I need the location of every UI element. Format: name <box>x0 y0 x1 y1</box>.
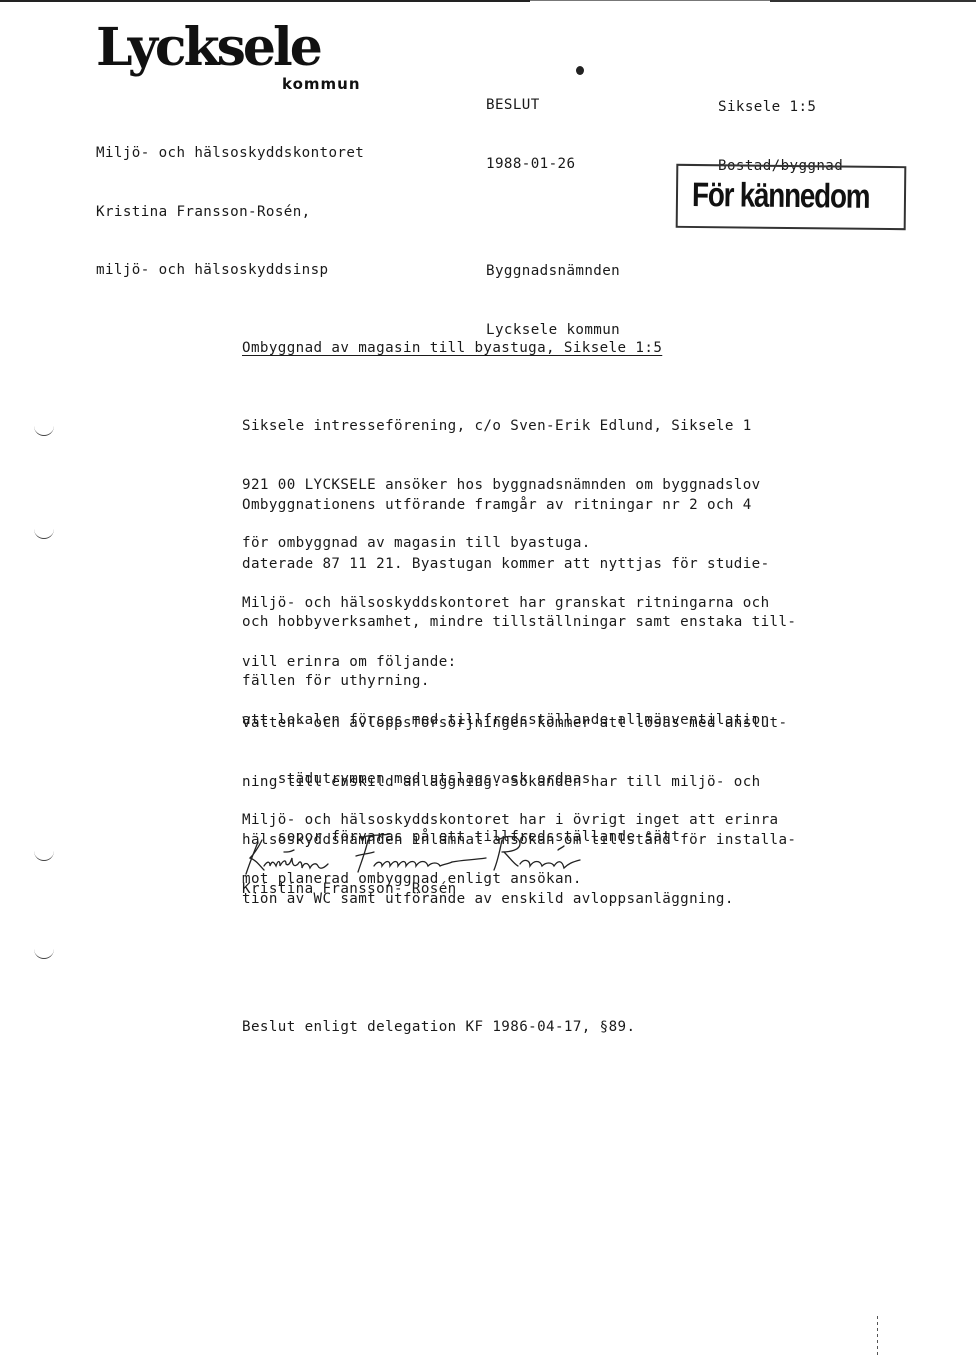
handwritten-signature <box>240 830 590 880</box>
punch-hole-mark <box>34 948 54 959</box>
property-designation: Siksele 1:5 <box>718 98 843 118</box>
punch-hole-mark <box>34 850 54 861</box>
scan-edge-line <box>770 0 976 2</box>
decision-header: BESLUT 1988-01-26 <box>486 57 575 194</box>
subject-heading: Ombyggnad av magasin till byastuga, Siks… <box>242 339 662 359</box>
body-line: Miljö- och hälsoskyddskontoret har grans… <box>242 594 770 614</box>
logo-wordmark: Lycksele <box>96 18 320 78</box>
sender-name: Kristina Fransson-Rosén, <box>96 203 364 223</box>
body-line: Vatten- och avloppsförsörjningen kommer … <box>242 714 796 734</box>
sender-department: Miljö- och hälsoskyddskontoret <box>96 144 364 164</box>
scan-edge-line <box>530 0 770 1</box>
scan-artifact <box>877 1316 878 1358</box>
for-information-stamp: För kännedom <box>676 164 907 230</box>
body-line: vill erinra om följande: <box>242 653 770 673</box>
document-type: BESLUT <box>486 96 575 116</box>
scan-edge-line <box>0 0 530 2</box>
recipient-board: Byggnadsnämnden <box>486 262 620 282</box>
stamp-text: För kännedom <box>692 176 870 217</box>
body-line: Miljö- och hälsoskyddskontoret har i övr… <box>242 811 779 831</box>
decision-date: 1988-01-26 <box>486 155 575 175</box>
ink-blot <box>576 66 584 75</box>
punch-hole-mark <box>34 528 54 539</box>
body-line: Siksele intresseförening, c/o Sven-Erik … <box>242 417 761 437</box>
sender-block: Miljö- och hälsoskyddskontoret Kristina … <box>96 105 364 300</box>
body-line: Ombyggnationens utförande framgår av rit… <box>242 496 796 516</box>
delegation-note: Beslut enligt delegation KF 1986-04-17, … <box>242 1018 635 1038</box>
sender-title: miljö- och hälsoskyddsinsp <box>96 261 364 281</box>
municipality-logo: Lycksele kommun <box>96 24 376 94</box>
punch-hole-mark <box>34 425 54 436</box>
logo-subtitle: kommun <box>282 75 361 93</box>
recipient-municipality: Lycksele kommun <box>486 321 620 341</box>
signatory-name: Kristina Fransson- Rosén <box>242 880 457 900</box>
